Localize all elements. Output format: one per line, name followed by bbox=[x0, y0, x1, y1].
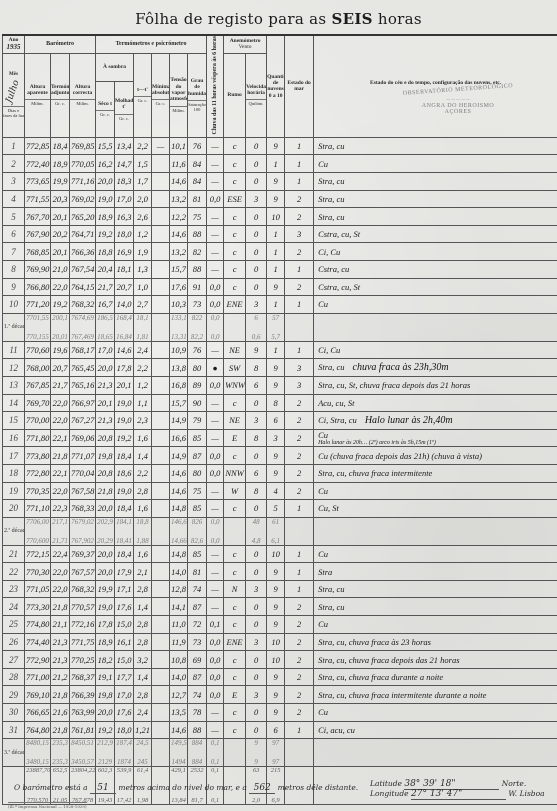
decade-bottom-value: 18,41 bbox=[116, 537, 132, 545]
nuvens-cell: 1 bbox=[267, 260, 285, 278]
molhado-cell: 19,2 bbox=[115, 429, 134, 447]
term-adj-decade-cell: 217,121,71 bbox=[51, 517, 70, 545]
table-row: 30766,6521,6763,9920,017,62,413,578—c092… bbox=[3, 704, 557, 722]
sky-remark-cell: Stra, cu, chuva fraca depois das 21 hora… bbox=[314, 651, 557, 669]
table-row: 8769,9021,0767,5420,418,11,315,788—c011C… bbox=[3, 260, 557, 278]
summary-value: 61,4 bbox=[135, 767, 150, 774]
nuvens-cell: 1 bbox=[267, 155, 285, 173]
mar-cell: 1 bbox=[285, 260, 314, 278]
decade-bottom-value: 13,31 bbox=[171, 333, 186, 341]
seco-cell: 20,4 bbox=[96, 260, 115, 278]
decade-bottom-value: 18,65 bbox=[97, 333, 113, 341]
alt-ap-cell: 772,15 bbox=[25, 545, 51, 563]
minima-cell bbox=[152, 447, 170, 465]
sky-remark: Stra, cu bbox=[318, 176, 344, 186]
molhado-cell: 19,0 bbox=[115, 394, 134, 412]
grau-cell: 89 bbox=[188, 376, 207, 394]
vapor-tension-header: Tensão do vapor atmosféricoMilím. bbox=[170, 53, 188, 137]
mar-cell: 2 bbox=[285, 616, 314, 634]
nuvens-cell: 10 bbox=[267, 651, 285, 669]
day-cell: 16 bbox=[3, 429, 25, 447]
nuvens-cell: 9 bbox=[267, 598, 285, 616]
tdiff-cell: 2,7 bbox=[134, 296, 152, 314]
table-row: 20771,1022,3768,3320,018,41,614,885—c051… bbox=[3, 500, 557, 518]
nuvens-cell: 9 bbox=[267, 563, 285, 581]
seco-cell: 20,8 bbox=[96, 464, 115, 482]
sky-remark: Cu bbox=[318, 549, 328, 559]
mar-cell: 2 bbox=[285, 633, 314, 651]
sky-remark: Stra, cu bbox=[318, 141, 344, 151]
alt-ap-cell: 772,90 bbox=[25, 651, 51, 669]
footer: O barómetro está a 51 metros acima do ni… bbox=[0, 779, 557, 811]
table-row: 5767,7020,1765,2018,916,32,612,275—c0102… bbox=[3, 208, 557, 226]
decade-bottom-value: 20,01 bbox=[52, 333, 68, 341]
grau-cell: 84 bbox=[188, 173, 207, 191]
alt-corr-cell: 768,32 bbox=[70, 296, 96, 314]
minima-cell bbox=[152, 464, 170, 482]
sky-remark-cell: Cu bbox=[314, 482, 557, 500]
decade-summary-row: 3.ª década8480,153480,15235,3235,38450,5… bbox=[3, 739, 557, 767]
molhado-cell: 18,4 bbox=[115, 447, 134, 465]
sky-remark: Stra, cu, chuva fraca depois das 21 hora… bbox=[318, 655, 459, 665]
term-adj-cell: 18,9 bbox=[51, 155, 70, 173]
register-sheet: Fôlha de registo para as SEIS horas Ano1… bbox=[0, 0, 557, 811]
minima-cell bbox=[152, 721, 170, 739]
alt-corr-cell: 770,57 bbox=[70, 598, 96, 616]
seco-cell: 18,2 bbox=[96, 651, 115, 669]
chuva-cell: — bbox=[207, 243, 224, 261]
day-cell: 7 bbox=[3, 243, 25, 261]
table-row: 24773,3021,8770,5719,017,61,414,187—c092… bbox=[3, 598, 557, 616]
molhado-cell: 14,6 bbox=[115, 341, 134, 359]
tensao-cell: 10,9 bbox=[170, 341, 188, 359]
decade-top-value: 7674,69 bbox=[71, 314, 94, 322]
alt-corr-cell: 761,81 bbox=[70, 721, 96, 739]
rumo-cell: c bbox=[224, 447, 246, 465]
alt-corr-cell: 767,57 bbox=[70, 563, 96, 581]
tensao-cell: 14,6 bbox=[170, 721, 188, 739]
grau-cell: 90 bbox=[188, 394, 207, 412]
mar-decade-cell bbox=[285, 739, 314, 767]
rumo-cell: NE bbox=[224, 412, 246, 430]
decade-top-value: 7701,55 bbox=[26, 314, 49, 322]
day-cell: 10 bbox=[3, 296, 25, 314]
decade-top-value: 57 bbox=[268, 314, 283, 322]
vel-decade-cell: 484,8 bbox=[246, 517, 267, 545]
seco-cell: 19,2 bbox=[96, 225, 115, 243]
tensao-cell: 12,7 bbox=[170, 686, 188, 704]
nuvens-cell: 9 bbox=[267, 173, 285, 191]
tdiff-decade-cell: 24,5245 bbox=[134, 739, 152, 767]
chuva-cell: — bbox=[207, 429, 224, 447]
grau-cell: 76 bbox=[188, 137, 207, 155]
grau-cell: 76 bbox=[188, 341, 207, 359]
term-adj-cell: 21,0 bbox=[51, 260, 70, 278]
minima-decade-cell bbox=[152, 313, 170, 341]
mar-cell: 1 bbox=[285, 563, 314, 581]
vel-cell: 0 bbox=[246, 278, 267, 296]
rain-header: Chuva das 11 horas véspera às 6 horas bbox=[207, 35, 224, 137]
mar-cell: 1 bbox=[285, 296, 314, 314]
tdiff-cell: 2,2 bbox=[134, 359, 152, 377]
grau-cell: 73 bbox=[188, 296, 207, 314]
sky-remark: Ci, Cu bbox=[318, 247, 340, 257]
decade-bottom-value: 1,81 bbox=[135, 333, 150, 341]
alt-ap-cell: 771,00 bbox=[25, 668, 51, 686]
alt-corr-cell: 765,16 bbox=[70, 376, 96, 394]
sky-remark-cell: Cu bbox=[314, 616, 557, 634]
nuvens-cell: 10 bbox=[267, 208, 285, 226]
term-adj-cell: 20,2 bbox=[51, 225, 70, 243]
term-adj-cell: 21,8 bbox=[51, 686, 70, 704]
rumo-cell: c bbox=[224, 260, 246, 278]
term-adj-cell: 22,0 bbox=[51, 563, 70, 581]
decade-bottom-value: 21,71 bbox=[52, 537, 68, 545]
decade-top-value: 48 bbox=[247, 518, 265, 526]
sky-remark-cell: Ci, Cu bbox=[314, 243, 557, 261]
decade-top-value: 0,0 bbox=[208, 518, 222, 526]
grau-cell: 80 bbox=[188, 464, 207, 482]
year-header: Ano1935 bbox=[3, 35, 25, 53]
mar-cell: 2 bbox=[285, 464, 314, 482]
tdiff-cell: 1,9 bbox=[134, 243, 152, 261]
grau-cell: 85 bbox=[188, 429, 207, 447]
nuvens-cell: 9 bbox=[267, 376, 285, 394]
summary-value: 63 bbox=[247, 767, 265, 774]
vel-cell: 0 bbox=[246, 225, 267, 243]
molhado-cell: 16,1 bbox=[115, 633, 134, 651]
decade-top-value: 200,1 bbox=[52, 314, 68, 322]
chuva-cell: 0,1 bbox=[207, 616, 224, 634]
sky-remark-cell: Stra, cu, chuva fraca às 23 horas bbox=[314, 633, 557, 651]
table-row: 1772,8518,4769,8515,513,42,2—10,176—c091… bbox=[3, 137, 557, 155]
table-row: 22770,3022,0767,5720,017,92,114,081—c091… bbox=[3, 563, 557, 581]
tensao-cell: 13,2 bbox=[170, 190, 188, 208]
chuva-cell: — bbox=[207, 580, 224, 598]
decade-top-value: 24,5 bbox=[135, 739, 150, 747]
decade-bottom-value: 770,600 bbox=[26, 537, 49, 545]
chuva-cell: — bbox=[207, 208, 224, 226]
grau-cell: 72 bbox=[188, 616, 207, 634]
tensao-cell: 15,7 bbox=[170, 260, 188, 278]
clouds-header: Quantidade de nuvens 0 a 10 bbox=[267, 35, 285, 137]
alt-corr-cell: 767,58 bbox=[70, 482, 96, 500]
mar-cell: 1 bbox=[285, 545, 314, 563]
decade-top-value: 149,5 bbox=[171, 739, 186, 747]
seco-cell: 15,5 bbox=[96, 137, 115, 155]
chuva-cell: 0,0 bbox=[207, 651, 224, 669]
minima-cell bbox=[152, 633, 170, 651]
minima-cell bbox=[152, 500, 170, 518]
seco-cell: 19,0 bbox=[96, 190, 115, 208]
minima-cell bbox=[152, 651, 170, 669]
alt-ap-cell: 766,65 bbox=[25, 704, 51, 722]
decade-bottom-value: 0,0 bbox=[208, 537, 222, 545]
remark-note: Halo lunar às 2h,40m bbox=[365, 415, 453, 426]
decade-top-value: 6 bbox=[247, 314, 265, 322]
alt-ap-cell: 771,20 bbox=[25, 296, 51, 314]
tdiff-cell: 1,1 bbox=[134, 394, 152, 412]
tensao-cell: 12,8 bbox=[170, 580, 188, 598]
sky-remark-cell: Stra, cuchuva fraca às 23h,30m bbox=[314, 359, 557, 377]
minima-decade-cell bbox=[152, 517, 170, 545]
sky-remark-cell: Cstra, cu bbox=[314, 260, 557, 278]
day-cell: 22 bbox=[3, 563, 25, 581]
alt-corr-cell: 767,54 bbox=[70, 260, 96, 278]
term-adj-cell: 22,0 bbox=[51, 278, 70, 296]
mar-cell: 2 bbox=[285, 394, 314, 412]
sky-remark: Stra, cu bbox=[318, 602, 344, 612]
sky-remark: Ci, Stra, cu bbox=[318, 415, 357, 425]
tdiff-cell: 1,21 bbox=[134, 721, 152, 739]
sky-remark-cell: Cu bbox=[314, 155, 557, 173]
decade-bottom-value: 1874 bbox=[116, 758, 132, 766]
minima-cell bbox=[152, 359, 170, 377]
chuva-cell: — bbox=[207, 500, 224, 518]
seco-decade-cell: 186,518,65 bbox=[96, 313, 115, 341]
alt-corr-decade-cell: 7674,69767,469 bbox=[70, 313, 96, 341]
tdiff-cell: 2,6 bbox=[134, 208, 152, 226]
decade-top-value: 8480,15 bbox=[26, 739, 49, 747]
minima-cell bbox=[152, 412, 170, 430]
nuvens-decade-cell: 9797 bbox=[267, 739, 285, 767]
vel-cell: 0 bbox=[246, 563, 267, 581]
chuva-cell: — bbox=[207, 412, 224, 430]
mar-cell: 2 bbox=[285, 704, 314, 722]
decade-top-value: 168,4 bbox=[116, 314, 132, 322]
vel-cell: 0 bbox=[246, 704, 267, 722]
alt-ap-cell: 767,90 bbox=[25, 225, 51, 243]
chuva-cell: 0,0 bbox=[207, 686, 224, 704]
rumo-cell: c bbox=[224, 155, 246, 173]
tdiff-cell: 2,8 bbox=[134, 686, 152, 704]
term-adj-cell: 22,0 bbox=[51, 482, 70, 500]
table-row: 10771,2019,2768,3216,714,02,710,3730,0EN… bbox=[3, 296, 557, 314]
seco-cell: 21,3 bbox=[96, 412, 115, 430]
seco-cell: 20,0 bbox=[96, 500, 115, 518]
summary-value: 0,1 bbox=[208, 767, 222, 774]
nuvens-cell: 6 bbox=[267, 721, 285, 739]
tdiff-decade-cell: 18,11,81 bbox=[134, 313, 152, 341]
tdiff-cell: 1,2 bbox=[134, 225, 152, 243]
tdiff-cell: 1,0 bbox=[134, 278, 152, 296]
decade-bottom-value: 9 bbox=[247, 758, 265, 766]
nuvens-cell: 1 bbox=[267, 296, 285, 314]
sky-remark-cell: Stra, cu, chuva fraca intermitente duran… bbox=[314, 686, 557, 704]
alt-ap-cell: 767,85 bbox=[25, 376, 51, 394]
chuva-cell: — bbox=[207, 394, 224, 412]
decade-top-value: 884 bbox=[189, 739, 205, 747]
grau-cell: 87 bbox=[188, 447, 207, 465]
vel-cell: 0 bbox=[246, 447, 267, 465]
decade-top-value: 202,9 bbox=[97, 518, 113, 526]
vel-cell: 8 bbox=[246, 359, 267, 377]
vel-cell: 0 bbox=[246, 545, 267, 563]
table-row: 23771,0522,0768,3219,917,12,812,874—N391… bbox=[3, 580, 557, 598]
decade-bottom-value: 1,88 bbox=[135, 537, 150, 545]
sky-remark: Stra bbox=[318, 567, 332, 577]
term-adj-cell: 18,4 bbox=[51, 137, 70, 155]
mar-cell: 2 bbox=[285, 190, 314, 208]
seco-cell: 17,8 bbox=[96, 616, 115, 634]
tensao-cell: 14,6 bbox=[170, 464, 188, 482]
tdiff-cell: 1,3 bbox=[134, 260, 152, 278]
table-row: 3773,6519,9771,1620,018,31,714,684—c091S… bbox=[3, 173, 557, 191]
day-cell: 13 bbox=[3, 376, 25, 394]
sky-remark-cell: Cstra, cu, St bbox=[314, 225, 557, 243]
alt-corr-cell: 769,02 bbox=[70, 190, 96, 208]
alt-ap-cell: 769,70 bbox=[25, 394, 51, 412]
vel-cell: 3 bbox=[246, 190, 267, 208]
chuva-cell: — bbox=[207, 341, 224, 359]
alt-corr-cell: 766,39 bbox=[70, 686, 96, 704]
tensao-cell: 11,0 bbox=[170, 616, 188, 634]
alt-ap-cell: 770,00 bbox=[25, 412, 51, 430]
grau-cell: 85 bbox=[188, 500, 207, 518]
tensao-decade-cell: 133,113,31 bbox=[170, 313, 188, 341]
alt-corr-cell: 771,75 bbox=[70, 633, 96, 651]
decade-top-value: 0,1 bbox=[208, 739, 222, 747]
minima-cell bbox=[152, 394, 170, 412]
seco-cell: 19,1 bbox=[96, 668, 115, 686]
molhado-decade-cell: 184,118,41 bbox=[115, 517, 134, 545]
decade-top-value: 187,4 bbox=[116, 739, 132, 747]
table-row: 2772,4018,9770,0516,214,71,511,684—c011C… bbox=[3, 155, 557, 173]
remark-subnote: Halo lunar às 20h… (2º) arco iris às 5h,… bbox=[318, 440, 556, 446]
vel-cell: 3 bbox=[246, 686, 267, 704]
molhado-cell: 20,7 bbox=[115, 278, 134, 296]
mar-cell: 2 bbox=[285, 412, 314, 430]
decade-remark-cell bbox=[314, 313, 557, 341]
tdiff-cell: 2,4 bbox=[134, 341, 152, 359]
rumo-cell: c bbox=[224, 563, 246, 581]
sky-remark-cell: Cu bbox=[314, 545, 557, 563]
alt-corr-cell: 763,99 bbox=[70, 704, 96, 722]
alt-ap-cell: 769,90 bbox=[25, 260, 51, 278]
term-adj-cell: 22,0 bbox=[51, 580, 70, 598]
rumo-cell: c bbox=[224, 500, 246, 518]
seco-cell: 19,8 bbox=[96, 686, 115, 704]
term-adj-cell: 21,8 bbox=[51, 598, 70, 616]
rumo-cell: c bbox=[224, 278, 246, 296]
minima-cell: — bbox=[152, 137, 170, 155]
sky-remark-cell: Stra, cu bbox=[314, 580, 557, 598]
decade-bottom-value: 0,0 bbox=[208, 333, 222, 341]
tensao-cell: 12,2 bbox=[170, 208, 188, 226]
alt-ap-cell: 772,85 bbox=[25, 137, 51, 155]
tensao-cell: 13,5 bbox=[170, 704, 188, 722]
mar-cell: 2 bbox=[285, 668, 314, 686]
table-row: 28771,0021,2768,3719,117,71,414,0870,0c0… bbox=[3, 668, 557, 686]
decade-remark-cell bbox=[314, 739, 557, 767]
alt-ap-cell: 766,80 bbox=[25, 278, 51, 296]
chuva-cell: ● bbox=[207, 359, 224, 377]
day-cell: 19 bbox=[3, 482, 25, 500]
chuva-cell: — bbox=[207, 137, 224, 155]
molhado-cell: 13,4 bbox=[115, 137, 134, 155]
vel-cell: 0 bbox=[246, 155, 267, 173]
alt-ap-cell: 770,30 bbox=[25, 563, 51, 581]
nuvens-cell: 9 bbox=[267, 686, 285, 704]
day-cell: 30 bbox=[3, 704, 25, 722]
chuva-cell: — bbox=[207, 563, 224, 581]
vel-cell: 0 bbox=[246, 651, 267, 669]
decade-bottom-value: 16,84 bbox=[116, 333, 132, 341]
sky-remark-cell: Stra bbox=[314, 563, 557, 581]
decade-bottom-value: 767,469 bbox=[71, 333, 94, 341]
seco-cell: 20,1 bbox=[96, 394, 115, 412]
alt-corr-cell: 768,37 bbox=[70, 668, 96, 686]
chuva-cell: — bbox=[207, 598, 224, 616]
term-adj-cell: 21,2 bbox=[51, 668, 70, 686]
nuvens-cell: 5 bbox=[267, 500, 285, 518]
seco-cell: 21,7 bbox=[96, 278, 115, 296]
mar-decade-cell bbox=[285, 517, 314, 545]
nuvens-cell: 9 bbox=[267, 137, 285, 155]
decade-top-value: 822 bbox=[189, 314, 205, 322]
decade-bottom-value: 3480,15 bbox=[26, 758, 49, 766]
page-title: Fôlha de registo para as SEIS horas bbox=[0, 10, 557, 28]
mar-decade-cell bbox=[285, 313, 314, 341]
nuvens-cell: 9 bbox=[267, 190, 285, 208]
nuvens-cell: 8 bbox=[267, 394, 285, 412]
nuvens-cell: 1 bbox=[267, 225, 285, 243]
decade-bottom-value: 4,8 bbox=[247, 537, 265, 545]
mar-cell: 1 bbox=[285, 137, 314, 155]
alt-ap-cell: 771,55 bbox=[25, 190, 51, 208]
tensao-cell: 11,6 bbox=[170, 155, 188, 173]
molhado-cell: 18,4 bbox=[115, 500, 134, 518]
term-adj-cell: 22,1 bbox=[51, 464, 70, 482]
alt-corr-cell: 769,85 bbox=[70, 137, 96, 155]
term-adj-cell: 21,8 bbox=[51, 721, 70, 739]
nuvens-cell: 9 bbox=[267, 668, 285, 686]
seco-decade-cell: 212,92129 bbox=[96, 739, 115, 767]
minima-cell bbox=[152, 278, 170, 296]
minima-cell bbox=[152, 686, 170, 704]
decade-top-value: 184,1 bbox=[116, 518, 132, 526]
table-row: 15770,0022,0767,2721,319,02,314,979—NE36… bbox=[3, 412, 557, 430]
minima-decade-cell bbox=[152, 739, 170, 767]
rumo-cell: c bbox=[224, 598, 246, 616]
day-cell: 2 bbox=[3, 155, 25, 173]
decade-top-value: 7679,02 bbox=[71, 518, 94, 526]
day-cell: 31 bbox=[3, 721, 25, 739]
wet-bulb-header: Molhado t'Gr. c. bbox=[115, 81, 134, 137]
sky-remark: Stra, cu, chuva fraca durante a noite bbox=[318, 672, 443, 682]
molhado-cell: 15,0 bbox=[115, 651, 134, 669]
seco-cell: 16,2 bbox=[96, 155, 115, 173]
grau-cell: 84 bbox=[188, 155, 207, 173]
day-cell: 25 bbox=[3, 616, 25, 634]
sky-remark-cell: Stra, cu bbox=[314, 137, 557, 155]
table-row: 13767,8521,7765,1621,320,11,216,8890,0WN… bbox=[3, 376, 557, 394]
mar-cell: 2 bbox=[285, 651, 314, 669]
vel-cell: 3 bbox=[246, 412, 267, 430]
molhado-cell: 14,7 bbox=[115, 155, 134, 173]
table-row: 31764,8021,8761,8119,218,01,2114,688—c06… bbox=[3, 721, 557, 739]
sky-remark-cell: Acu, cu, St bbox=[314, 394, 557, 412]
mar-cell: 3 bbox=[285, 376, 314, 394]
chuva-cell: — bbox=[207, 225, 224, 243]
nuvens-decade-cell: 575,7 bbox=[267, 313, 285, 341]
vel-cell: 0 bbox=[246, 208, 267, 226]
term-adj-cell: 22,0 bbox=[51, 412, 70, 430]
decade-summary-row: 1.ª década7701,55770,155200,120,017674,6… bbox=[3, 313, 557, 341]
rumo-cell: c bbox=[224, 651, 246, 669]
alt-corr-cell: 770,04 bbox=[70, 464, 96, 482]
seco-decade-cell: 202,920,29 bbox=[96, 517, 115, 545]
